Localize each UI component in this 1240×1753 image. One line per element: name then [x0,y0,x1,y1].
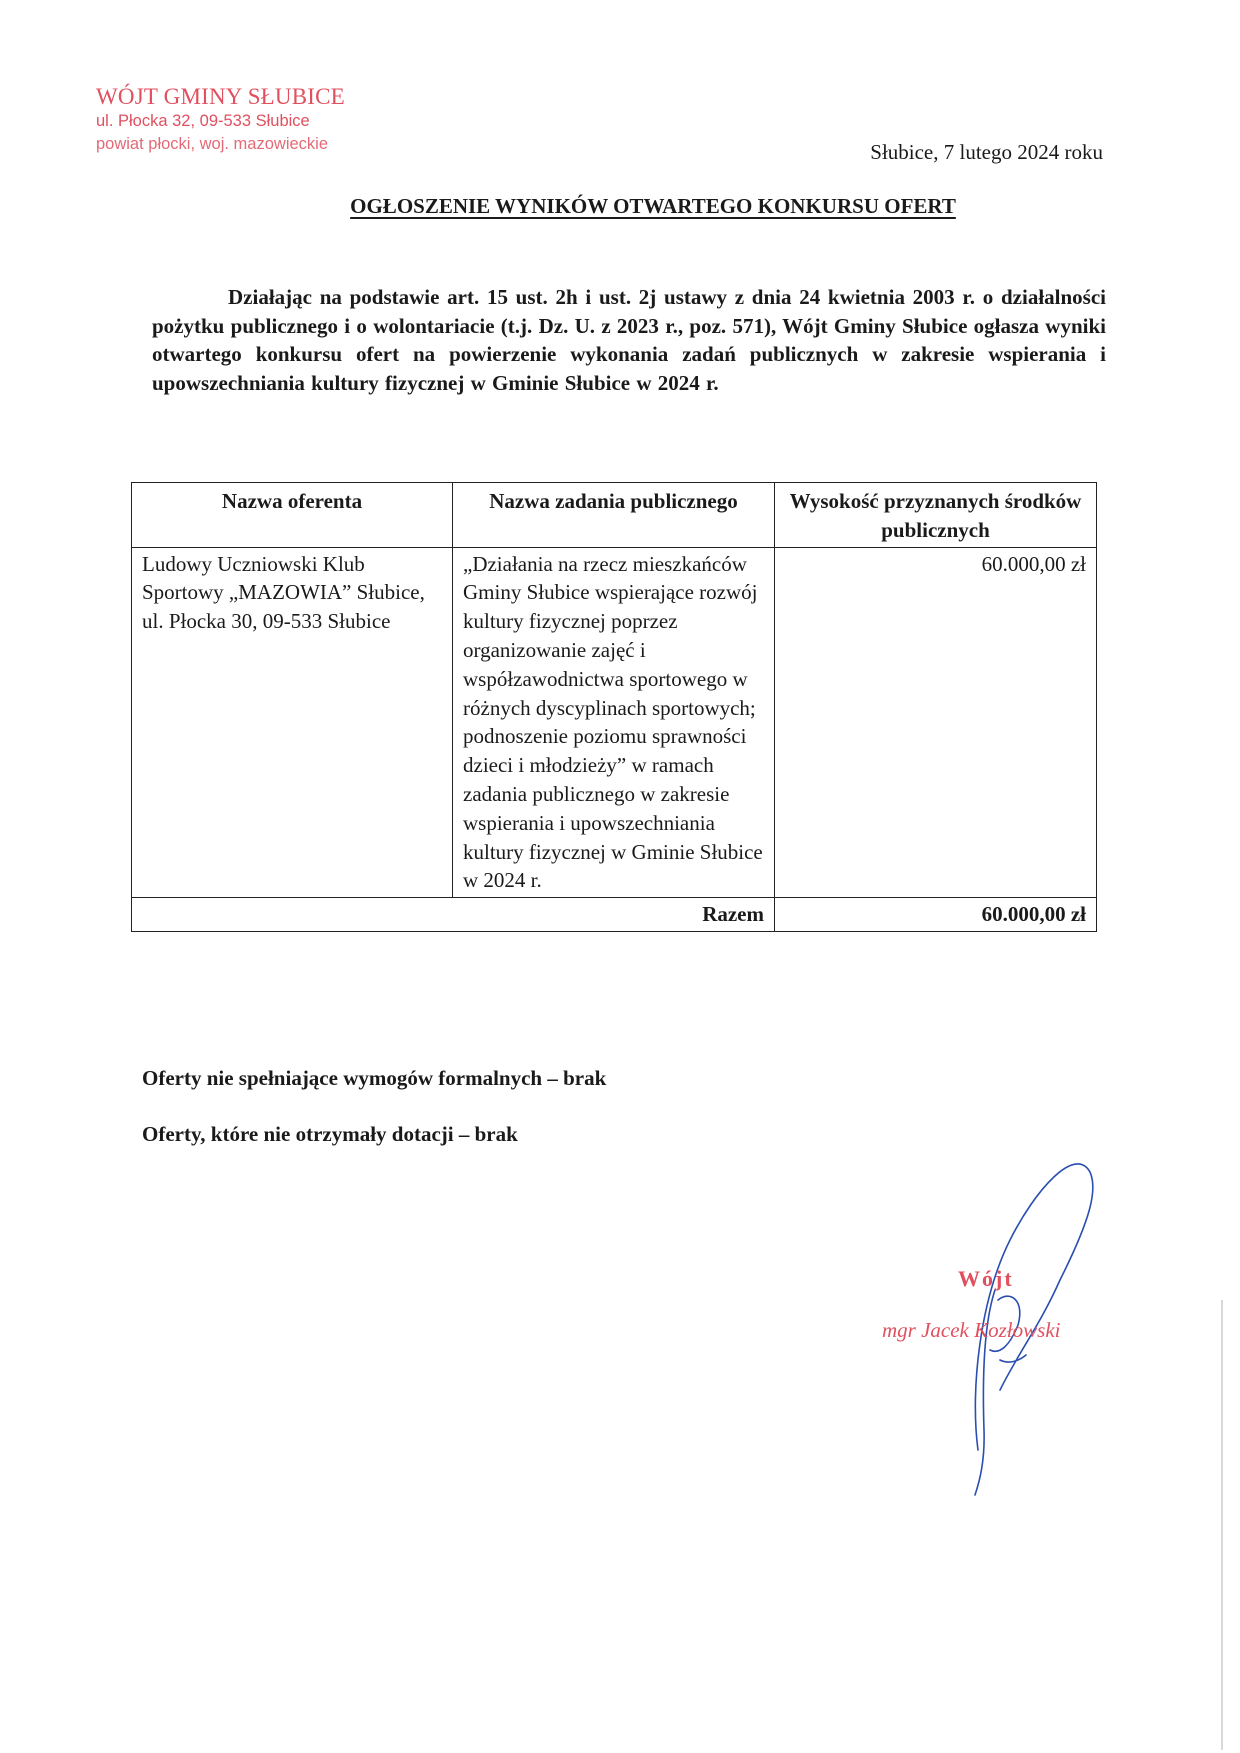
header-oferent: Nazwa oferenta [132,483,453,548]
header-kwota: Wysokość przyznanych środków publicznych [775,483,1097,548]
header-stamp: WÓJT GMINY SŁUBICE ul. Płocka 32, 09-533… [96,83,345,156]
stamp-office: WÓJT GMINY SŁUBICE [96,83,345,110]
header-zadanie: Nazwa zadania publicznego [453,483,775,548]
total-value: 60.000,00 zł [775,898,1097,932]
signature-title: Wójt [958,1266,1014,1292]
scan-artifact-line [1221,1300,1223,1750]
note-formal: Oferty nie spełniające wymogów formalnyc… [142,1066,606,1091]
stamp-region: powiat płocki, woj. mazowieckie [96,133,345,156]
table-row: Ludowy Uczniowski Klub Sportowy „MAZOWIA… [132,547,1097,898]
intro-text: Działając na podstawie art. 15 ust. 2h i… [152,285,1106,395]
results-table: Nazwa oferenta Nazwa zadania publicznego… [131,482,1097,932]
table-total-row: Razem 60.000,00 zł [132,898,1097,932]
cell-oferent: Ludowy Uczniowski Klub Sportowy „MAZOWIA… [132,547,453,898]
document-title: OGŁOSZENIE WYNIKÓW OTWARTEGO KONKURSU OF… [0,194,1240,219]
cell-kwota: 60.000,00 zł [775,547,1097,898]
total-label: Razem [132,898,775,932]
table-header-row: Nazwa oferenta Nazwa zadania publicznego… [132,483,1097,548]
document-date: Słubice, 7 lutego 2024 roku [870,140,1103,165]
note-no-grant: Oferty, które nie otrzymały dotacji – br… [142,1122,518,1147]
signature-name: mgr Jacek Kozłowski [882,1318,1060,1343]
cell-zadanie: „Działania na rzecz mieszkańców Gminy Sł… [453,547,775,898]
stamp-address: ul. Płocka 32, 09-533 Słubice [96,110,345,133]
intro-paragraph: Działając na podstawie art. 15 ust. 2h i… [152,283,1106,397]
